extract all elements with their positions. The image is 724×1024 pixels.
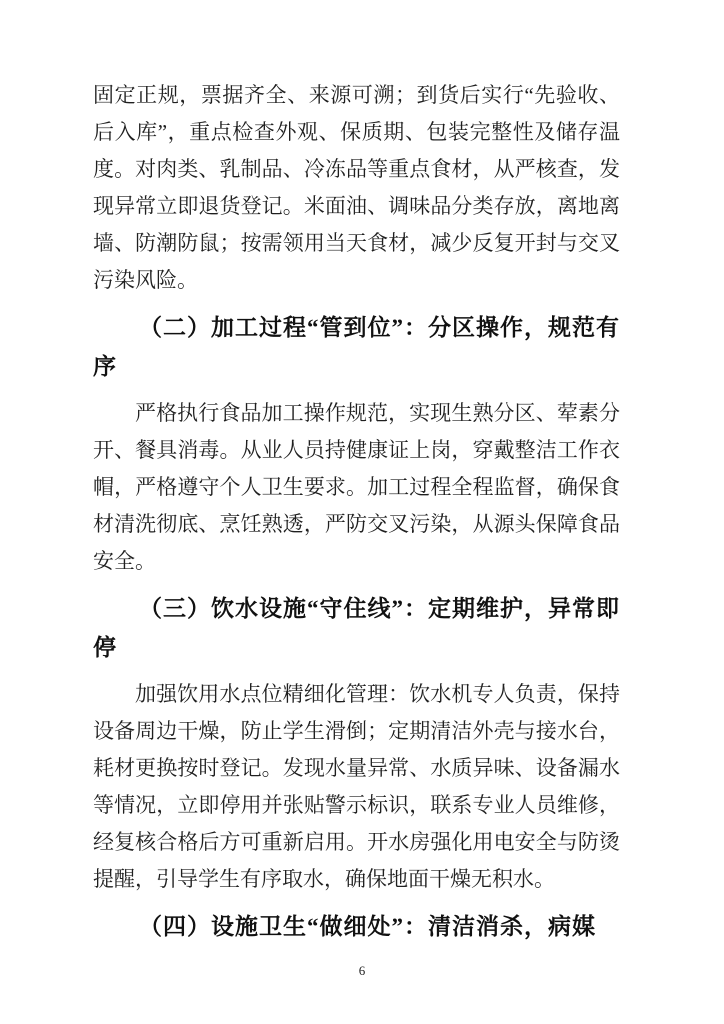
- document-page: 固定正规，票据齐全、来源可溯；到货后实行“先验收、后入库”，重点检查外观、保质期…: [0, 0, 724, 1024]
- text-column: 固定正规，票据齐全、来源可溯；到货后实行“先验收、后入库”，重点检查外观、保质期…: [93, 77, 620, 946]
- body-paragraph-2: 严格执行食品加工操作规范，实现生熟分区、荤素分开、餐具消毒。从业人员持健康证上岗…: [93, 395, 620, 580]
- section-heading-3: （三）饮水设施“守住线”：定期维护，异常即停: [93, 589, 620, 667]
- paragraph-continuation: 固定正规，票据齐全、来源可溯；到货后实行“先验收、后入库”，重点检查外观、保质期…: [93, 77, 620, 299]
- body-paragraph-3: 加强饮用水点位精细化管理：饮水机专人负责，保持设备周边干燥，防止学生滑倒；定期清…: [93, 676, 620, 898]
- section-heading-4: （四）设施卫生“做细处”：清洁消杀，病媒: [93, 907, 620, 946]
- page-number: 6: [0, 964, 724, 978]
- section-heading-2: （二）加工过程“管到位”：分区操作，规范有序: [93, 308, 620, 386]
